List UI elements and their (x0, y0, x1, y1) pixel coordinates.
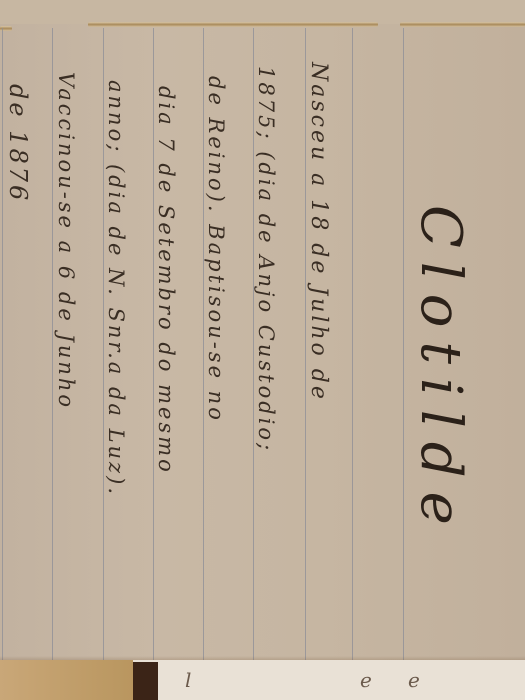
ruled-line (352, 28, 353, 662)
top-paper-edge (0, 0, 525, 24)
entry-line-3: de Reino). Baptisou-se no (204, 76, 228, 423)
ruled-line (52, 28, 53, 662)
fold-crease (88, 22, 378, 27)
entry-line-1: Nasceu a 18 de Julho de (306, 62, 331, 402)
entry-line-5: anno; (dia de N. Snr.a da Luz). (104, 80, 128, 497)
underlying-script-fragment: e (408, 668, 420, 692)
underlying-card (0, 660, 133, 700)
entry-line-6: Vaccinou-se a 6 de Junho (54, 72, 78, 410)
dark-page-edge (133, 662, 158, 700)
ruled-line (2, 28, 3, 662)
entry-title: Clotilde (408, 205, 473, 539)
fold-crease (400, 22, 525, 27)
entry-line-7: de 1876 (4, 84, 32, 203)
entry-line-2: 1875; (dia de Anjo Custodio; (254, 66, 278, 453)
underlying-script-fragment: e (360, 668, 372, 692)
underlying-script-fragment: l (185, 668, 191, 692)
entry-line-4: dia 7 de Setembro do mesmo (154, 86, 178, 475)
document-page: Clotilde Nasceu a 18 de Julho de 1875; (… (0, 0, 525, 700)
ruled-line (403, 28, 404, 662)
